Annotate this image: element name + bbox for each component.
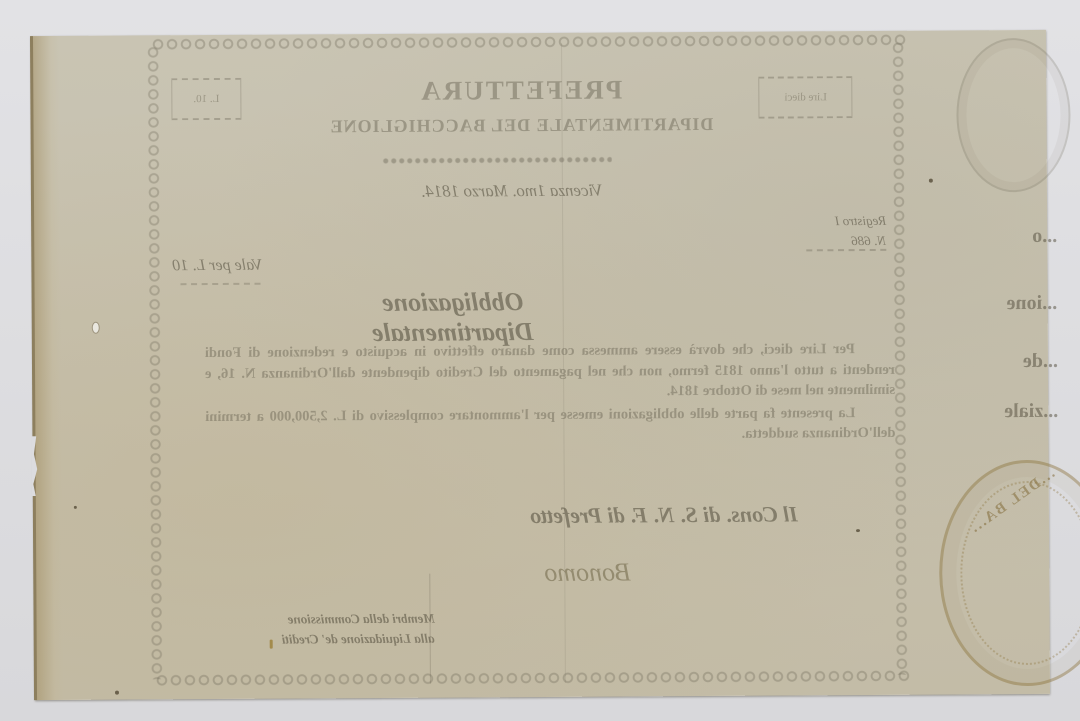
dateline-text: Vicenza 1mo. Marzo 1814.: [421, 181, 603, 202]
dateline: Vicenza 1mo. Marzo 1814.: [402, 180, 622, 201]
speck: [929, 179, 933, 183]
margin-fragment-text: ...ione: [1007, 292, 1058, 315]
margin-fragment-text: ...ziale: [1004, 400, 1058, 423]
pinhole: [93, 323, 99, 333]
margin-fragment: ...ziale: [968, 400, 1058, 424]
issuer-text: Il Cons. di S. N. F. di Prefetto: [530, 501, 798, 529]
value-box-right: Lire dieci: [758, 76, 852, 119]
title-prefettura: PREFETTURA: [371, 74, 671, 107]
body-paragraph-2: La presente fa parte delle obbligazioni …: [205, 402, 895, 447]
vale-text: Vale per L. 10: [172, 257, 262, 276]
margin-fragment-text: ...de: [1023, 350, 1058, 373]
issuer-line: Il Cons. di S. N. F. di Prefetto: [434, 501, 894, 530]
ornamental-wave-rule: [382, 156, 612, 165]
stamp-inner-ring: [960, 481, 1080, 666]
value-box-right-text: Lire dieci: [784, 91, 827, 103]
ornamental-border-left: [146, 45, 164, 679]
margin-fragment: ...o: [967, 225, 1057, 249]
commission-label: Membri della Commissione alla Liquidazio…: [189, 609, 434, 650]
body-paragraphs: Per Lire dieci, che dovrà essere ammessa…: [205, 339, 896, 448]
faint-seal-stamp: [956, 38, 1071, 193]
handwritten-signature: Bonomo: [544, 557, 684, 598]
vale-rule: [180, 283, 260, 285]
title-text: PREFETTURA: [420, 74, 623, 106]
circular-ink-stamp: ...DEL BA...: [939, 459, 1080, 686]
margin-fragment-text: ...o: [1032, 225, 1057, 248]
subtitle-dipartimentale: DIPARTIMENTALE DEL BACCHIGLIONE: [301, 114, 741, 138]
commission-line-1: Membri della Commissione: [287, 609, 434, 630]
body-paragraph-1: Per Lire dieci, che dovrà essere ammessa…: [205, 339, 895, 405]
commission-line-2: alla Liquidazione de' Crediti: [282, 629, 435, 650]
speck: [74, 506, 77, 509]
subtitle-text: DIPARTIMENTALE DEL BACCHIGLIONE: [330, 114, 714, 137]
registro-block: Registro I N. 686: [796, 211, 886, 252]
value-box-left: L. 10.: [171, 78, 241, 120]
margin-fragment: ...ione: [968, 292, 1058, 316]
margin-fragment: ...de: [968, 350, 1058, 374]
heading-obbligazione: Obbligazione Dipartimentale: [303, 287, 603, 349]
signature-text: Bonomo: [544, 557, 631, 588]
registro-label: Registro I: [835, 211, 886, 231]
speck: [856, 529, 860, 532]
ornamental-border-bottom: [155, 669, 910, 688]
value-box-left-text: L. 10.: [193, 93, 219, 105]
vale-per: Vale per L. 10: [172, 257, 292, 276]
heading-text: Obbligazione Dipartimentale: [303, 287, 603, 349]
speck: [270, 640, 273, 649]
ornamental-border-top: [151, 33, 906, 52]
bond-paper-reverse: L. 10. Lire dieci PREFETTURA DIPARTIMENT…: [31, 30, 1050, 700]
registro-rule: [806, 249, 886, 251]
speck: [115, 691, 119, 695]
